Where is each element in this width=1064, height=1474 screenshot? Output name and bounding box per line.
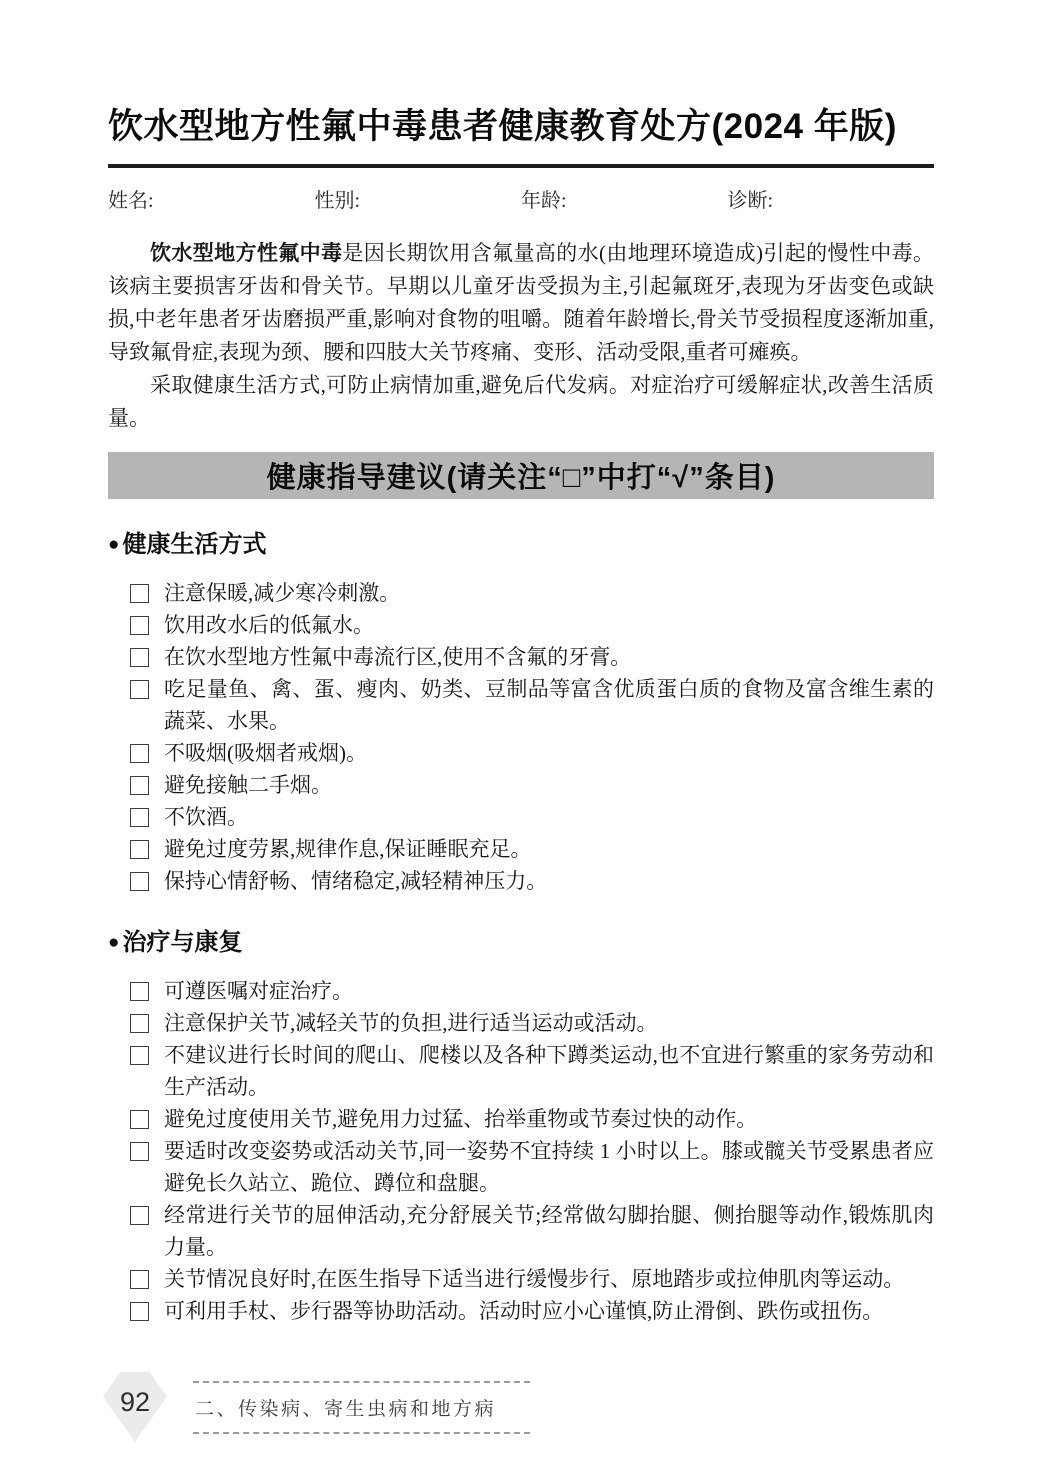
guidance-banner: 健康指导建议(请关注“□”中打“√”条目) [108,452,934,499]
checkbox[interactable] [130,1206,149,1225]
name-fill-area[interactable] [154,188,315,215]
intro-text: 饮水型地方性氟中毒是因长期饮用含氟量高的水(由地理环境造成)引起的慢性中毒。该病… [108,237,934,435]
checklist-item-text: 不建议进行长时间的爬山、爬楼以及各种下蹲类运动,也不宜进行繁重的家务劳动和生产活… [164,1039,934,1103]
checklist-item-text: 经常进行关节的屈伸活动,充分舒展关节;经常做勾脚抬腿、侧抬腿等动作,锻炼肌肉力量… [164,1199,934,1263]
intro-paragraph-1: 饮水型地方性氟中毒是因长期饮用含氟量高的水(由地理环境造成)引起的慢性中毒。该病… [108,237,934,369]
checklist-item: 在饮水型地方性氟中毒流行区,使用不含氟的牙膏。 [130,641,934,673]
checkbox[interactable] [130,840,149,859]
checkbox[interactable] [130,1110,149,1129]
checkbox[interactable] [130,1142,149,1161]
checklist-item: 避免接触二手烟。 [130,769,934,801]
checklist-item: 不吸烟(吸烟者戒烟)。 [130,737,934,769]
checkbox[interactable] [130,584,149,603]
section-title: 治疗与康复 [122,927,242,959]
field-age: 年龄: [521,188,728,215]
diagnosis-fill-area[interactable] [773,188,934,215]
chapter-label: 二、传染病、寄生虫病和地方病 [193,1381,530,1434]
age-fill-area[interactable] [567,188,728,215]
section-header-treatment: ● 治疗与康复 [108,927,934,959]
checkbox[interactable] [130,1046,149,1065]
document-page: 饮水型地方性氟中毒患者健康教育处方(2024 年版) 姓名: 性别: 年龄: 诊… [0,0,1064,1474]
checkbox[interactable] [130,680,149,699]
checkbox[interactable] [130,982,149,1001]
age-label: 年龄: [521,188,567,215]
checklist-item-text: 要适时改变姿势或活动关节,同一姿势不宜持续 1 小时以上。膝或髋关节受累患者应避… [164,1135,934,1199]
checkbox[interactable] [130,1302,149,1321]
checklist-item: 关节情况良好时,在医生指导下适当进行缓慢步行、原地踏步或拉伸肌肉等运动。 [130,1263,934,1295]
checklist-item: 避免过度劳累,规律作息,保证睡眠充足。 [130,833,934,865]
gender-label: 性别: [315,188,361,215]
checklist-item: 可遵医嘱对症治疗。 [130,975,934,1007]
patient-info-row: 姓名: 性别: 年龄: 诊断: [108,188,934,215]
page-title: 饮水型地方性氟中毒患者健康教育处方(2024 年版) [108,104,934,150]
checklist-item: 经常进行关节的屈伸活动,充分舒展关节;经常做勾脚抬腿、侧抬腿等动作,锻炼肌肉力量… [130,1199,934,1263]
checklist-item-text: 注意保暖,减少寒冷刺激。 [164,577,400,609]
checklist-item-text: 关节情况良好时,在医生指导下适当进行缓慢步行、原地踏步或拉伸肌肉等运动。 [164,1263,904,1295]
name-label: 姓名: [108,188,154,215]
checklist-item: 注意保暖,减少寒冷刺激。 [130,577,934,609]
checklist-item-text: 可遵医嘱对症治疗。 [164,975,353,1007]
intro-lead-term: 饮水型地方性氟中毒 [150,241,342,265]
field-gender: 性别: [315,188,522,215]
section-title: 健康生活方式 [122,529,266,561]
checkbox[interactable] [130,648,149,667]
lifestyle-checklist: 注意保暖,减少寒冷刺激。 饮用改水后的低氟水。 在饮水型地方性氟中毒流行区,使用… [108,577,934,897]
checklist-item: 注意保护关节,减轻关节的负担,进行适当运动或活动。 [130,1007,934,1039]
checklist-item: 吃足量鱼、禽、蛋、瘦肉、奶类、豆制品等富含优质蛋白质的食物及富含维生素的蔬菜、水… [130,673,934,737]
checkbox[interactable] [130,616,149,635]
checklist-item-text: 保持心情舒畅、情绪稳定,减轻精神压力。 [164,865,547,897]
checklist-item-text: 注意保护关节,减轻关节的负担,进行适当运动或活动。 [164,1007,658,1039]
checklist-item-text: 饮用改水后的低氟水。 [164,609,374,641]
field-diagnosis: 诊断: [728,188,935,215]
page-number: 92 [120,1387,150,1418]
checklist-item: 不建议进行长时间的爬山、爬楼以及各种下蹲类运动,也不宜进行繁重的家务劳动和生产活… [130,1039,934,1103]
checklist-item: 保持心情舒畅、情绪稳定,减轻精神压力。 [130,865,934,897]
page-footer: 92 二、传染病、寄生虫病和地方病 [103,1372,530,1442]
checklist-item-text: 避免过度使用关节,避免用力过猛、抬举重物或节奏过快的动作。 [164,1103,757,1135]
checkbox[interactable] [130,872,149,891]
checklist-item: 不饮酒。 [130,801,934,833]
checklist-item-text: 在饮水型地方性氟中毒流行区,使用不含氟的牙膏。 [164,641,631,673]
bullet-icon: ● [108,529,119,561]
field-name: 姓名: [108,188,315,215]
checklist-item-text: 吃足量鱼、禽、蛋、瘦肉、奶类、豆制品等富含优质蛋白质的食物及富含维生素的蔬菜、水… [164,673,934,737]
treatment-checklist: 可遵医嘱对症治疗。 注意保护关节,减轻关节的负担,进行适当运动或活动。 不建议进… [108,975,934,1327]
page-number-badge: 92 [103,1372,167,1442]
section-header-lifestyle: ● 健康生活方式 [108,529,934,561]
gender-fill-area[interactable] [360,188,521,215]
intro-paragraph-2: 采取健康生活方式,可防止病情加重,避免后代发病。对症治疗可缓解症状,改善生活质量… [108,369,934,435]
checklist-item-text: 避免接触二手烟。 [164,769,332,801]
checkbox[interactable] [130,1014,149,1033]
checklist-item-text: 不饮酒。 [164,801,248,833]
checklist-item-text: 避免过度劳累,规律作息,保证睡眠充足。 [164,833,532,865]
checklist-item: 避免过度使用关节,避免用力过猛、抬举重物或节奏过快的动作。 [130,1103,934,1135]
bullet-icon: ● [108,927,119,959]
checklist-item-text: 可利用手杖、步行器等协助活动。活动时应小心谨慎,防止滑倒、跌伤或扭伤。 [164,1295,883,1327]
checklist-item: 饮用改水后的低氟水。 [130,609,934,641]
checklist-item: 要适时改变姿势或活动关节,同一姿势不宜持续 1 小时以上。膝或髋关节受累患者应避… [130,1135,934,1199]
diagnosis-label: 诊断: [728,188,774,215]
checkbox[interactable] [130,808,149,827]
checkbox[interactable] [130,744,149,763]
checklist-item: 可利用手杖、步行器等协助活动。活动时应小心谨慎,防止滑倒、跌伤或扭伤。 [130,1295,934,1327]
checkbox[interactable] [130,776,149,795]
checklist-item-text: 不吸烟(吸烟者戒烟)。 [164,737,367,769]
title-divider [108,164,934,168]
checkbox[interactable] [130,1270,149,1289]
